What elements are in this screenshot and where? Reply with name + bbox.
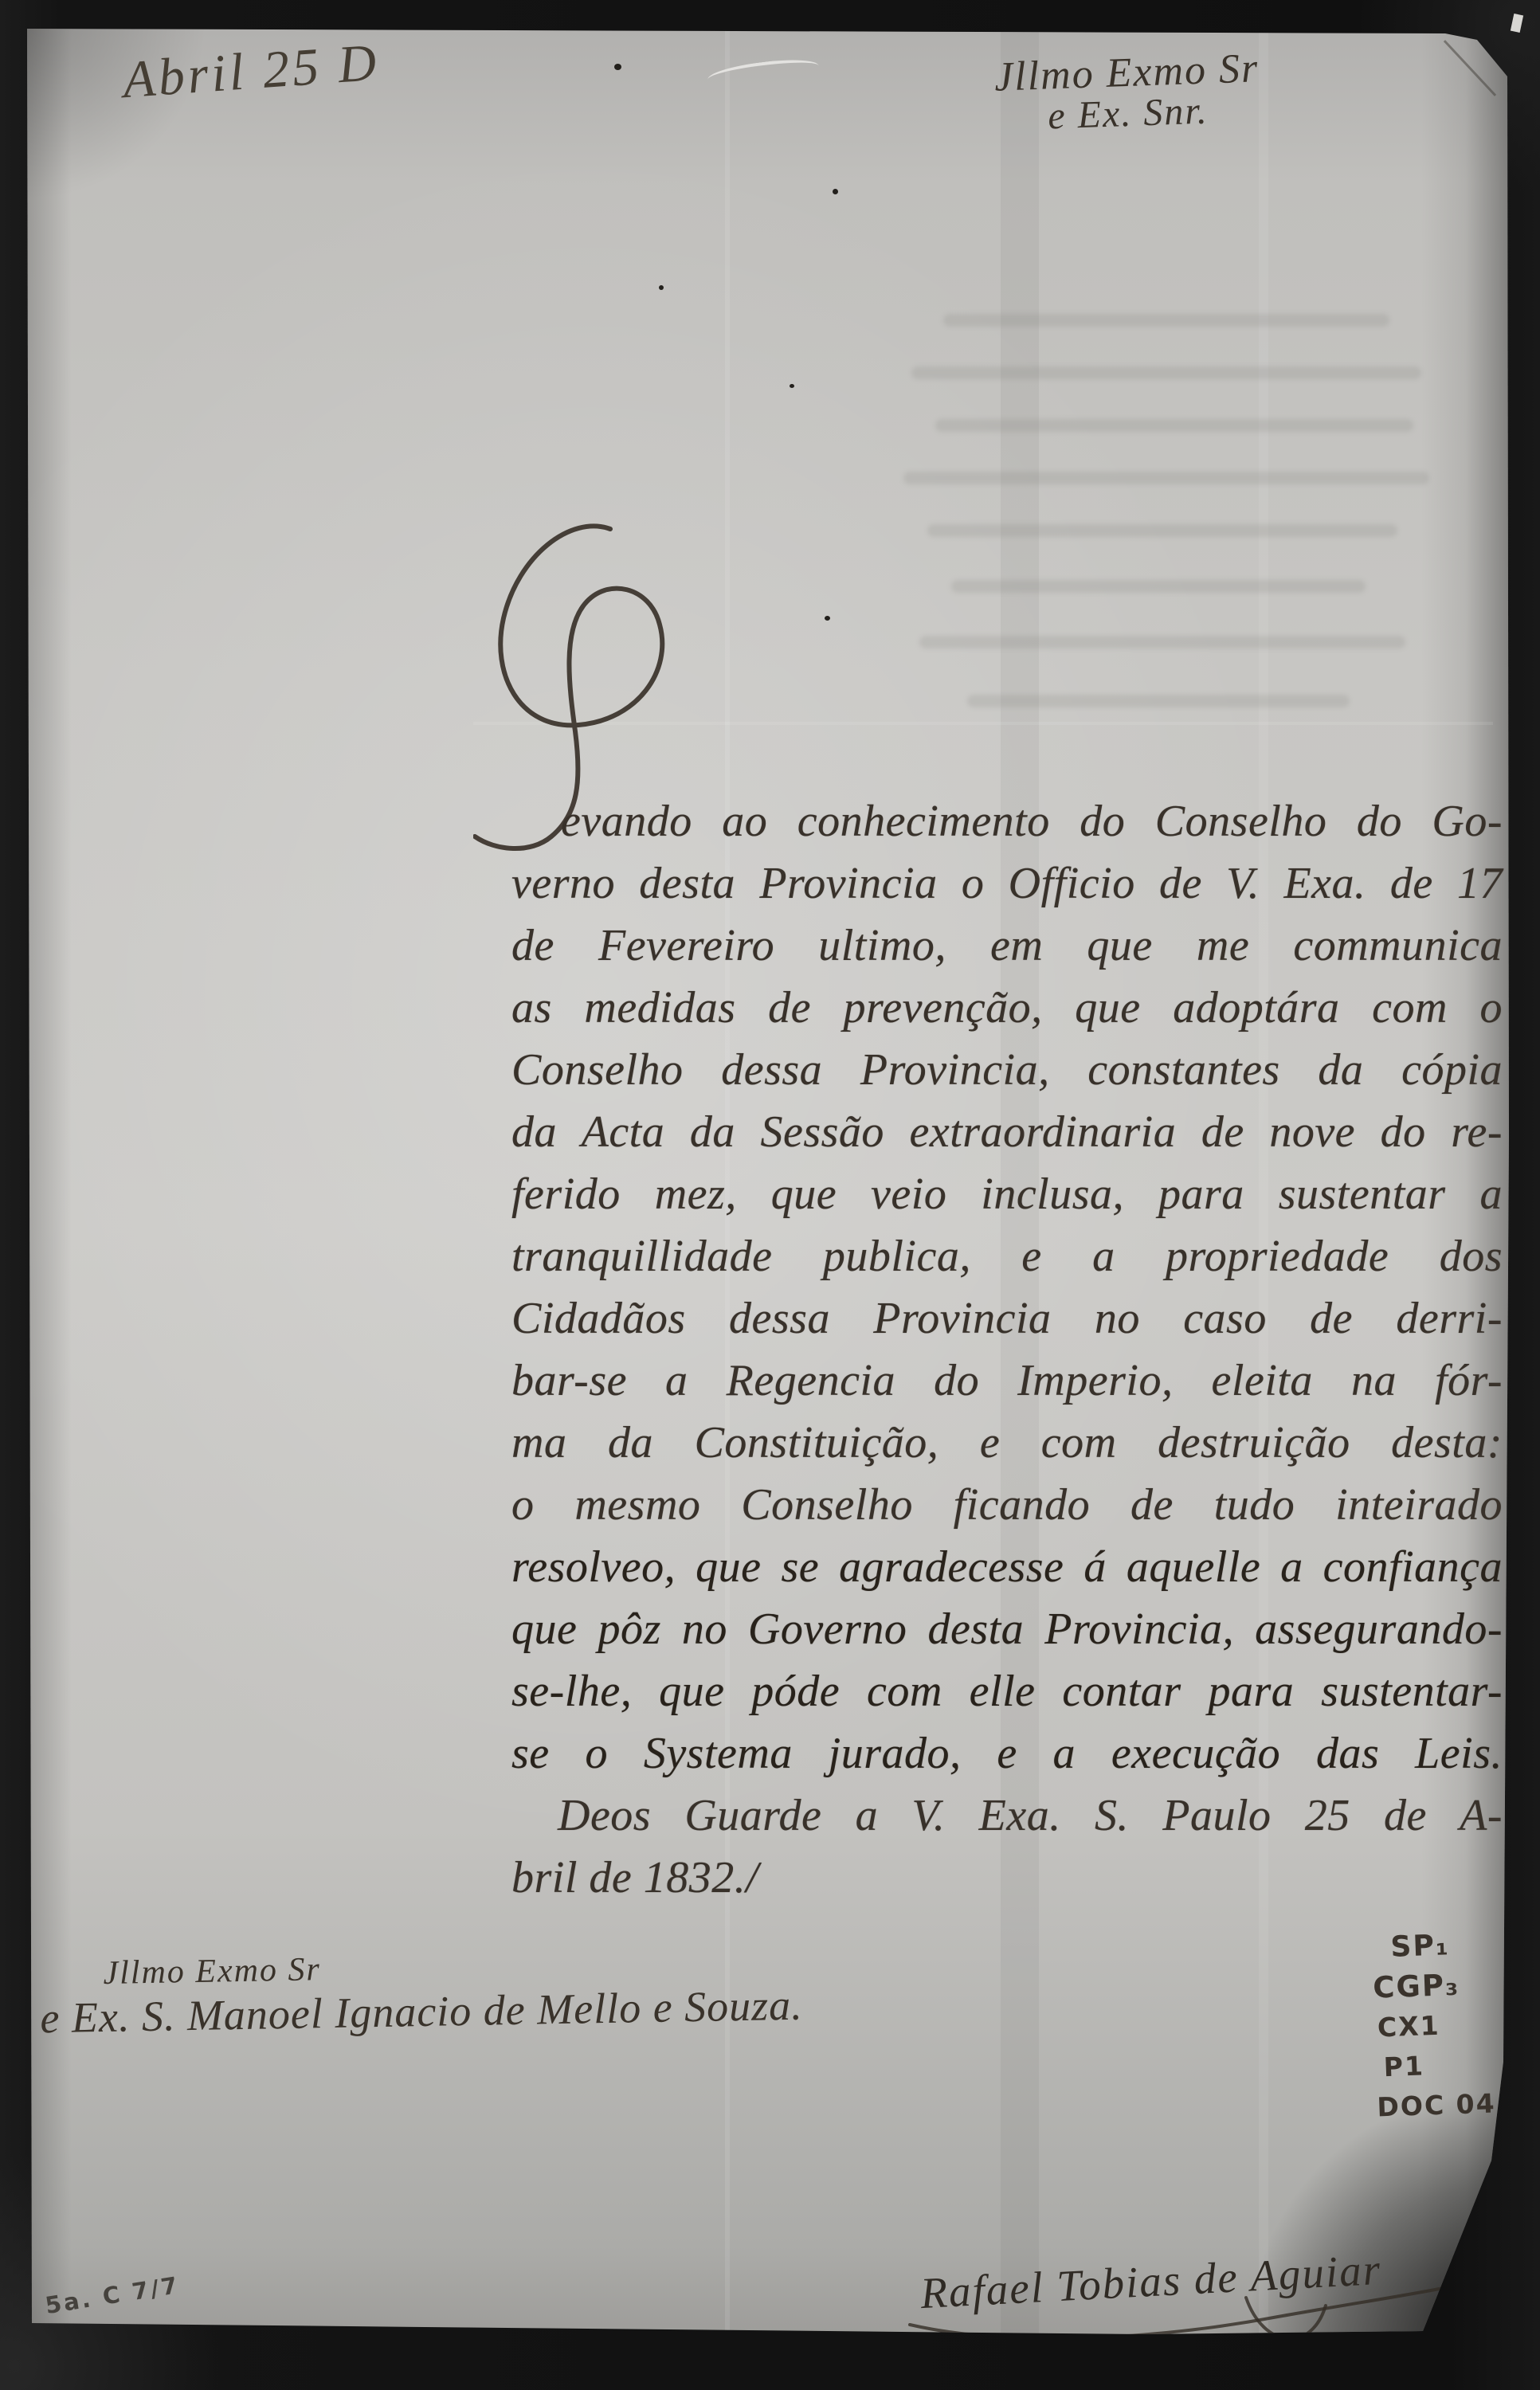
ink-speck	[825, 616, 830, 621]
body-line: de Fevereiro ultimo, em que me communica	[511, 915, 1503, 977]
body-line: tranquillidade publica, e a propriedade …	[511, 1225, 1503, 1287]
body-line: o mesmo Conselho ficando de tudo inteira…	[511, 1474, 1503, 1536]
bleed-mark	[919, 636, 1405, 648]
ink-speck	[614, 64, 621, 70]
archival-code-line: CGP₃	[1372, 1964, 1492, 2008]
body-line: bril de 1832./	[511, 1847, 1503, 1909]
body-line: ma da Constituição, e com destruição des…	[511, 1412, 1503, 1474]
body-line: as medidas de prevenção, que adoptára co…	[511, 977, 1503, 1039]
archival-code-line: DOC 04	[1377, 2083, 1497, 2127]
annotation-top-left: Abril 25 D	[121, 33, 382, 111]
bleed-mark	[927, 524, 1397, 537]
archival-code-line: SP₁	[1371, 1924, 1491, 1968]
bleed-mark	[951, 580, 1366, 593]
body-line: Cidadãos dessa Provincia no caso de derr…	[511, 1287, 1503, 1350]
body-text: evando ao conhecimento do Conselho do Go…	[511, 790, 1503, 1909]
document-page: Abril 25 D Jllmo Exmo Sr e Ex. Snr. L ev…	[27, 21, 1510, 2339]
body-line: resolveo, que se agradecesse á aquelle a…	[511, 1536, 1503, 1598]
bleed-mark	[967, 695, 1350, 707]
body-line: Conselho dessa Provincia, constantes da …	[511, 1039, 1503, 1101]
ink-speck	[790, 384, 794, 388]
bleed-mark	[943, 314, 1389, 327]
bleed-mark	[935, 419, 1413, 432]
salutation-block: Jllmo Exmo Sr e Ex. Snr.	[958, 44, 1296, 142]
body-line: da Acta da Sessão extraordinaria de nove…	[511, 1101, 1503, 1163]
body-line: evando ao conhecimento do Conselho do Go…	[511, 790, 1503, 852]
body-line: Deos Guarde a V. Exa. S. Paulo 25 de A-	[511, 1785, 1503, 1847]
pencil-note: 5a. C 7/7	[43, 2271, 181, 2319]
body-line: se-lhe, que póde com elle contar para su…	[511, 1660, 1503, 1722]
archival-codes: SP₁ CGP₃ CX1 P1 DOC 04	[1371, 1924, 1497, 2127]
bleed-mark	[911, 366, 1421, 379]
ink-speck	[833, 189, 838, 194]
scan-frame: Abril 25 D Jllmo Exmo Sr e Ex. Snr. L ev…	[0, 0, 1540, 2390]
body-line: ferido mez, que veio inclusa, para suste…	[511, 1163, 1503, 1225]
corner-paper-sliver	[1511, 14, 1523, 33]
corner-fold-crease	[1444, 40, 1496, 96]
archival-code-line: CX1	[1373, 2004, 1494, 2047]
body-line: bar-se a Regencia do Imperio, eleita na …	[511, 1350, 1503, 1412]
addressee-block: Jllmo Exmo Sr e Ex. S. Manoel Ignacio de…	[39, 1942, 803, 2043]
body-line: verno desta Provincia o Officio de V. Ex…	[511, 852, 1503, 915]
ink-speck	[659, 285, 664, 290]
paper-scratch	[707, 56, 820, 90]
body-line: que pôz no Governo desta Provincia, asse…	[511, 1598, 1503, 1660]
body-line: se o Systema jurado, e a execução das Le…	[511, 1722, 1503, 1785]
bleed-mark	[903, 472, 1429, 484]
archival-code-line: P1	[1375, 2043, 1495, 2087]
